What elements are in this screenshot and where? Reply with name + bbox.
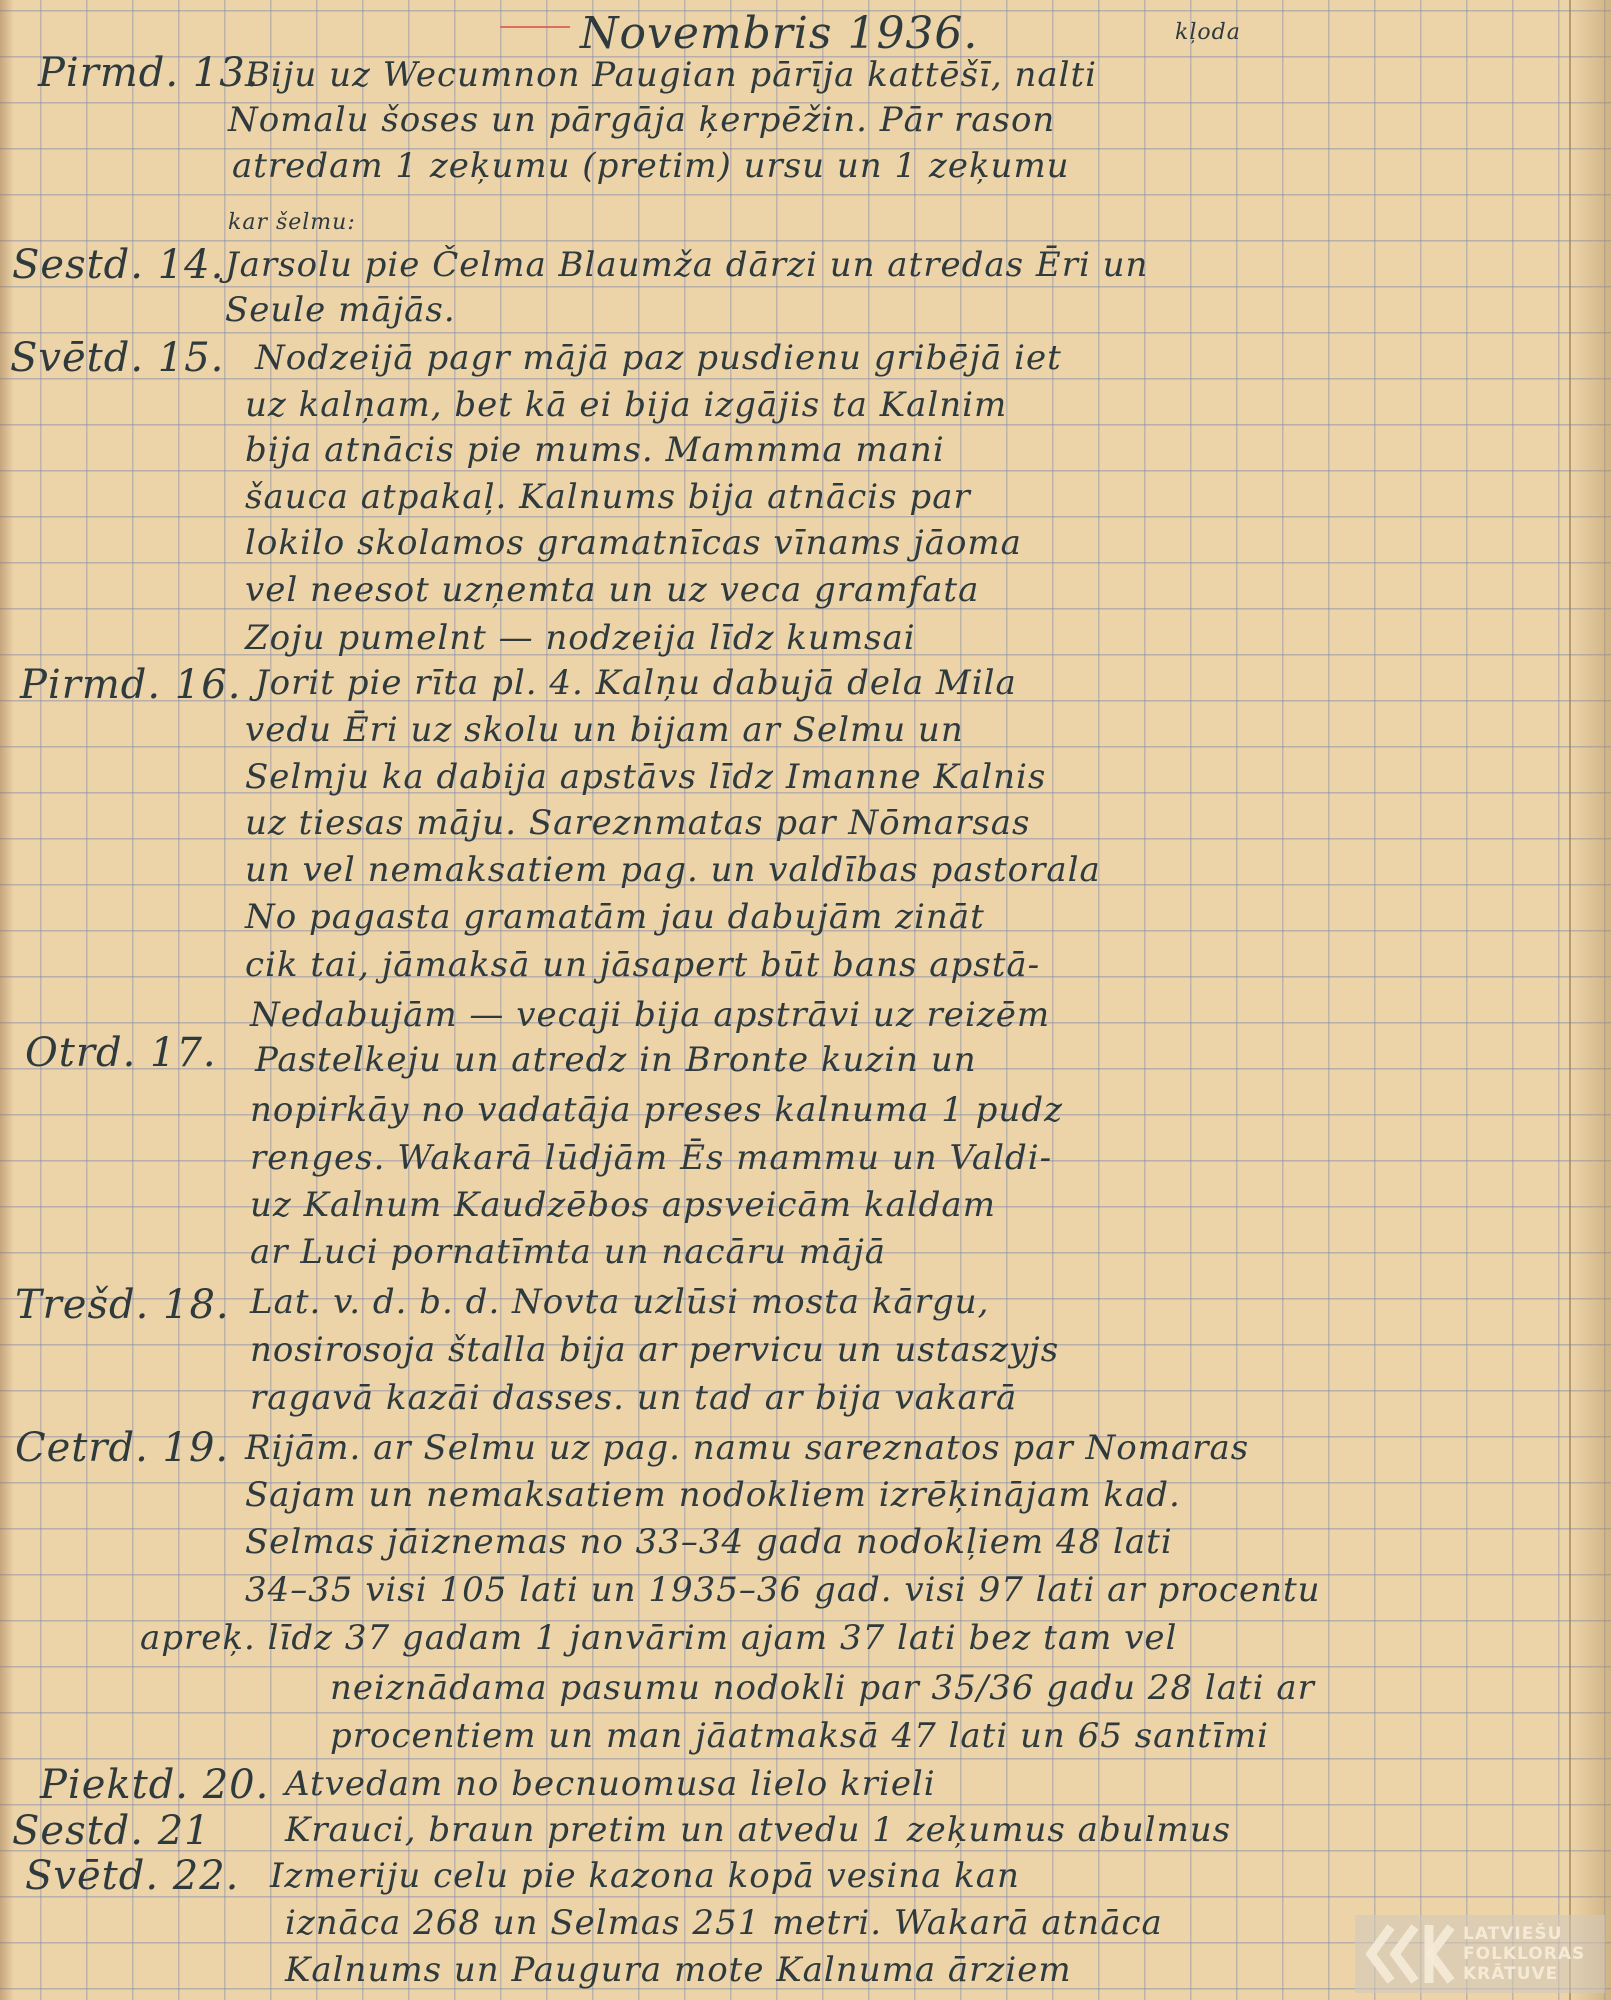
- entry-line: Lat. v. d. b. d. Novta uzlūsi mosta kārg…: [250, 1282, 989, 1322]
- entry-line: Atvedam no becnuomusa lielo krieli: [285, 1764, 936, 1804]
- entry-line: Rijām. ar Selmu uz pag. namu sareznatos …: [245, 1428, 1249, 1468]
- entry-line: Nodzeijā pagr mājā paz pusdienu gribējā …: [255, 338, 1062, 378]
- entry-line: vedu Ēri uz skolu un bijam ar Selmu un: [245, 710, 964, 750]
- entry-day-label: Otrd. 17.: [25, 1030, 217, 1076]
- entry-line: nopirkāy no vadatāja preses kalnuma 1 pu…: [250, 1090, 1063, 1130]
- entry-day-label: Piektd. 20.: [40, 1762, 269, 1808]
- entry-line: Izmeriju celu pie kazona kopā vesina kan: [270, 1856, 1020, 1896]
- entry-line: vel neesot uzņemta un uz veca gramfata: [245, 570, 979, 610]
- page-right-edge: [1569, 0, 1611, 2000]
- page-title: Novembris 1936.: [580, 8, 978, 59]
- watermark-line: LATVIEŠU: [1463, 1924, 1585, 1944]
- entry-day-label: Svētd. 22.: [25, 1853, 239, 1899]
- entry-day-label: Pirmd. 13.: [38, 50, 259, 96]
- entry-line: procentiem un man jāatmaksā 47 lati un 6…: [330, 1716, 1269, 1756]
- watermark-text: LATVIEŠU FOLKLORAS KRĀTUVE: [1463, 1924, 1585, 1984]
- entry-line: Jorit pie rīta pl. 4. Kalņu dabujā dela …: [255, 663, 1017, 703]
- entry-day-label: Trešd. 18.: [15, 1282, 230, 1328]
- entry-line: Krauci, braun pretim un atvedu 1 zeķumus…: [285, 1810, 1231, 1850]
- entry-line: uz tiesas māju. Sareznmatas par Nōmarsas: [245, 803, 1031, 843]
- watermark-line: FOLKLORAS: [1463, 1944, 1585, 1964]
- entry-line: ragavā kazāi dasses. un tad ar bija vaka…: [250, 1378, 1017, 1418]
- entry-line: lokilo skolamos gramatnīcas vīnams jāoma: [245, 523, 1022, 563]
- entry-line: renges. Wakarā lūdjām Ēs mammu un Valdi-: [250, 1138, 1052, 1178]
- red-margin-mark: [500, 26, 570, 28]
- entry-line: atredam 1 zeķumu (pretim) ursu un 1 zeķu…: [232, 146, 1070, 186]
- entry-line: neiznādama pasumu nodokli par 35/36 gadu…: [330, 1668, 1315, 1708]
- entry-day-label: Pirmd. 16.: [20, 662, 241, 708]
- entry-line: uz Kalnum Kaudzēbos apsveicām kaldam: [250, 1185, 996, 1225]
- page-left-edge: [0, 0, 14, 2000]
- interlinear-note: kļoda: [1175, 20, 1241, 45]
- entry-line: bija atnācis pie mums. Mammma mani: [245, 430, 945, 470]
- entry-line: ar Luci pornatīmta un nacāru mājā: [250, 1232, 886, 1272]
- entry-line: Jarsolu pie Čelma Blaumža dārzi un atred…: [225, 245, 1148, 285]
- entry-line: uz kalņam, bet kā ei bija izgājis ta Kal…: [245, 385, 1007, 425]
- archive-watermark: LATVIEŠU FOLKLORAS KRĀTUVE: [1355, 1915, 1605, 1993]
- watermark-line: KRĀTUVE: [1463, 1964, 1585, 1984]
- entry-day-label: Sestd. 14.: [12, 242, 224, 288]
- entry-line: Pastelkeju un atredz in Bronte kuzin un: [255, 1040, 977, 1080]
- notebook-page: Novembris 1936. Pirmd. 13. kļoda Biju uz…: [0, 0, 1611, 2000]
- entry-day-label: Svētd. 15.: [10, 335, 224, 381]
- entry-day-label: Cetrd. 19.: [15, 1425, 229, 1471]
- entry-line: No pagasta gramatām jau dabujām zināt: [245, 897, 985, 937]
- margin-line: apreķ. līdz 37 gadam 1 janvārim ajam 37 …: [140, 1618, 1177, 1658]
- entry-line: Selmas jāiznemas no 33–34 gada nodokļiem…: [245, 1522, 1173, 1562]
- entry-line: nosirosoja štalla bija ar pervicu un ust…: [250, 1330, 1059, 1370]
- entry-line: kar šelmu:: [228, 210, 356, 235]
- entry-line: Nomalu šoses un pārgāja ķerpēžin. Pār ra…: [228, 100, 1055, 140]
- entry-line: 34–35 visi 105 lati un 1935–36 gad. visi…: [245, 1570, 1321, 1610]
- entry-line: iznāca 268 un Selmas 251 metri. Wakarā a…: [285, 1903, 1163, 1943]
- entry-line: Selmju ka dabija apstāvs līdz Imanne Kal…: [245, 757, 1046, 797]
- entry-line: cik tai, jāmaksā un jāsapert būt bans ap…: [245, 945, 1040, 985]
- entry-line: Kalnums un Paugura mote Kalnuma ārziem: [285, 1950, 1072, 1990]
- entry-line: Sajam un nemaksatiem nodokliem izrēķināj…: [245, 1475, 1181, 1515]
- entry-line: Nedabujām — vecaji bija apstrāvi uz reiz…: [250, 995, 1050, 1035]
- entry-line: šauca atpakaļ. Kalnums bija atnācis par: [245, 477, 971, 517]
- entry-line: Biju uz Wecumnon Paugian pārīja kattēšī,…: [245, 55, 1097, 95]
- entry-line: un vel nemaksatiem pag. un valdības past…: [245, 850, 1101, 890]
- entry-line: Seule mājās.: [225, 290, 456, 330]
- entry-line: Zoju pumelnt — nodzeija līdz kumsai: [245, 618, 916, 658]
- entry-day-label: Sestd. 21: [12, 1808, 211, 1854]
- folklore-archive-logo-icon: [1363, 1921, 1455, 1987]
